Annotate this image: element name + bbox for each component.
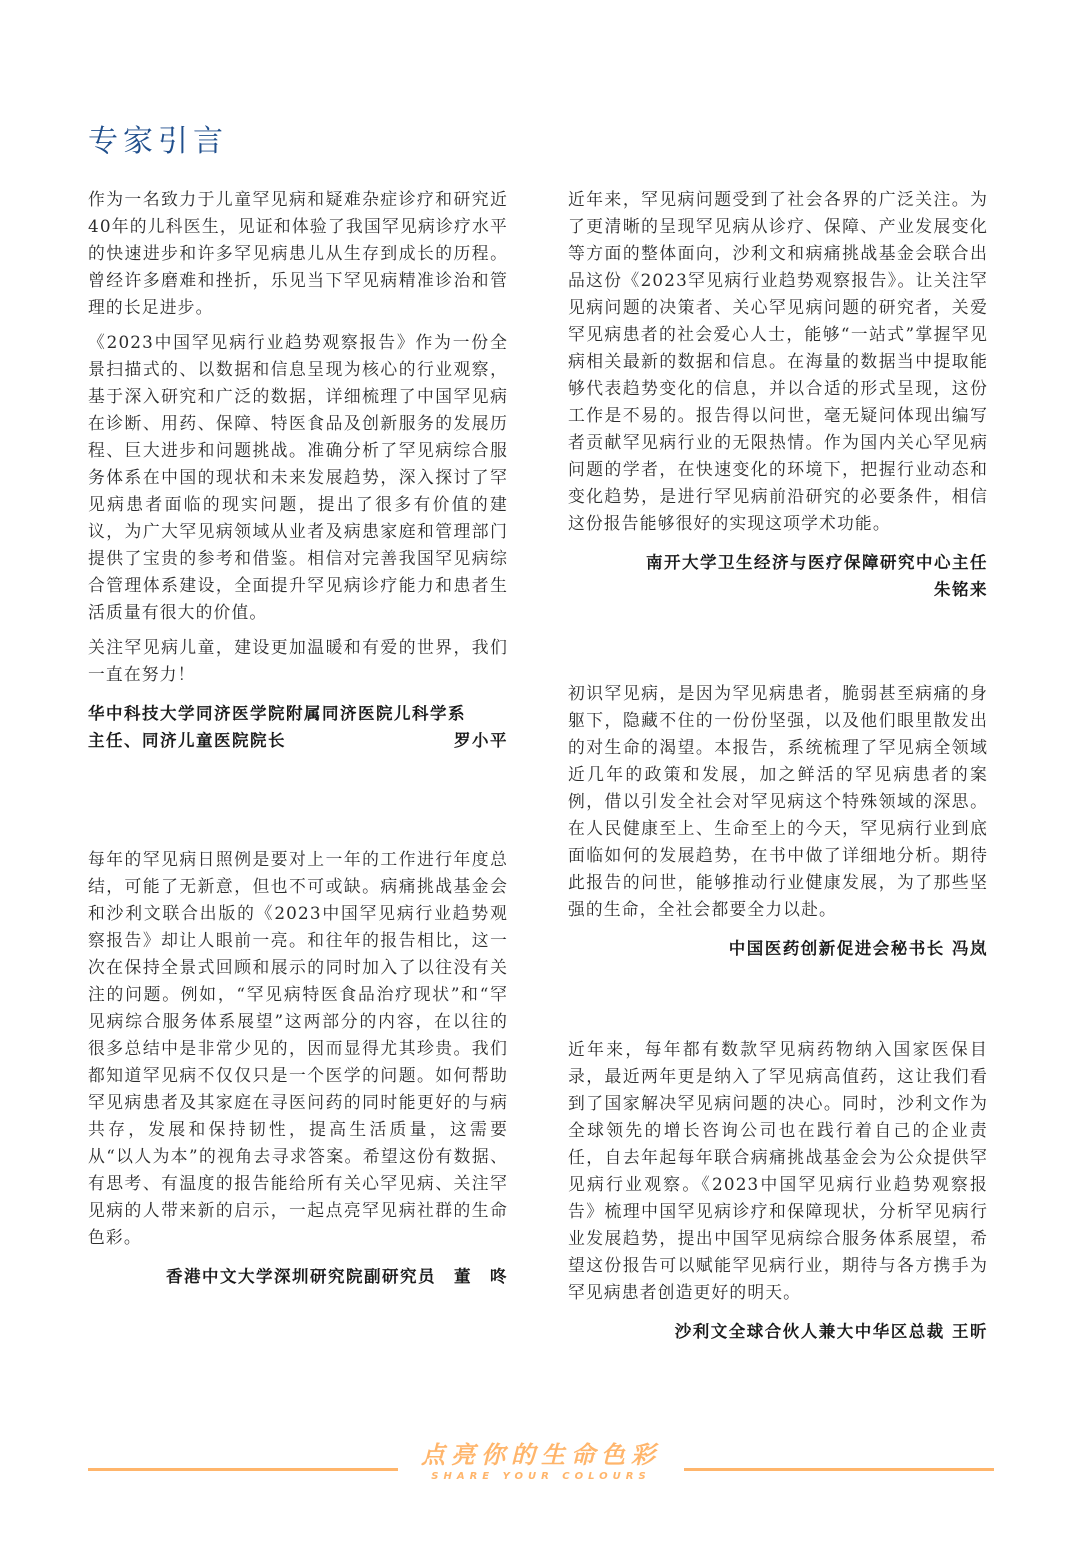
quote-paragraph: 初识罕见病，是因为罕见病患者，脆弱甚至病痛的身躯下，隐藏不住的一份份坚强，以及他…: [568, 680, 988, 923]
footer-banner: 点亮你的生命色彩 SHARE YOUR COLOURS: [88, 1440, 994, 1500]
signature-name: 朱铭来: [568, 576, 988, 603]
footer-slogan: 点亮你的生命色彩 SHARE YOUR COLOURS: [404, 1440, 678, 1484]
page-title: 专家引言: [88, 116, 228, 160]
quote-feng-lan: 初识罕见病，是因为罕见病患者，脆弱甚至病痛的身躯下，隐藏不住的一份份坚强，以及他…: [568, 680, 988, 962]
footer-divider-left: [88, 1468, 398, 1471]
quote-signature: 沙利文全球合伙人兼大中华区总裁 王昕: [568, 1318, 988, 1345]
signature-name: 罗小平: [454, 727, 508, 754]
quote-paragraph: 《2023中国罕见病行业趋势观察报告》作为一份全景扫描式的、以数据和信息呈现为核…: [88, 329, 508, 626]
quote-luo-xiaoping: 作为一名致力于儿童罕见病和疑难杂症诊疗和研究近40年的儿科医生，见证和体验了我国…: [88, 186, 508, 754]
footer-divider-right: [684, 1468, 994, 1471]
quote-paragraph: 关注罕见病儿童，建设更加温暖和有爱的世界，我们一直在努力！: [88, 634, 508, 688]
footer-slogan-en: SHARE YOUR COLOURS: [404, 1470, 678, 1484]
quote-paragraph: 近年来，每年都有数款罕见病药物纳入国家医保目录，最近两年更是纳入了罕见病高值药，…: [568, 1036, 988, 1306]
quote-paragraph: 作为一名致力于儿童罕见病和疑难杂症诊疗和研究近40年的儿科医生，见证和体验了我国…: [88, 186, 508, 321]
quote-signature: 中国医药创新促进会秘书长 冯岚: [568, 935, 988, 962]
quote-paragraph: 每年的罕见病日照例是要对上一年的工作进行年度总结，可能了无新意，但也不可或缺。病…: [88, 846, 508, 1251]
quote-wang-xin: 近年来，每年都有数款罕见病药物纳入国家医保目录，最近两年更是纳入了罕见病高值药，…: [568, 1036, 988, 1345]
quote-zhu-minglai: 近年来，罕见病问题受到了社会各界的广泛关注。为了更清晰的呈现罕见病从诊疗、保障、…: [568, 186, 988, 603]
signature-affiliation-cont: 主任、同济儿童医院院长: [88, 727, 286, 754]
footer-slogan-cn: 点亮你的生命色彩: [404, 1440, 678, 1470]
quote-paragraph: 近年来，罕见病问题受到了社会各界的广泛关注。为了更清晰的呈现罕见病从诊疗、保障、…: [568, 186, 988, 537]
quote-dong-dong: 每年的罕见病日照例是要对上一年的工作进行年度总结，可能了无新意，但也不可或缺。病…: [88, 846, 508, 1290]
quote-signature: 华中科技大学同济医学院附属同济医院儿科学系 主任、同济儿童医院院长 罗小平: [88, 700, 508, 754]
signature-affiliation: 华中科技大学同济医学院附属同济医院儿科学系: [88, 700, 508, 727]
signature-affiliation: 南开大学卫生经济与医疗保障研究中心主任: [568, 549, 988, 576]
quote-signature: 香港中文大学深圳研究院副研究员 董 咚: [88, 1263, 508, 1290]
quote-signature: 南开大学卫生经济与医疗保障研究中心主任 朱铭来: [568, 549, 988, 603]
